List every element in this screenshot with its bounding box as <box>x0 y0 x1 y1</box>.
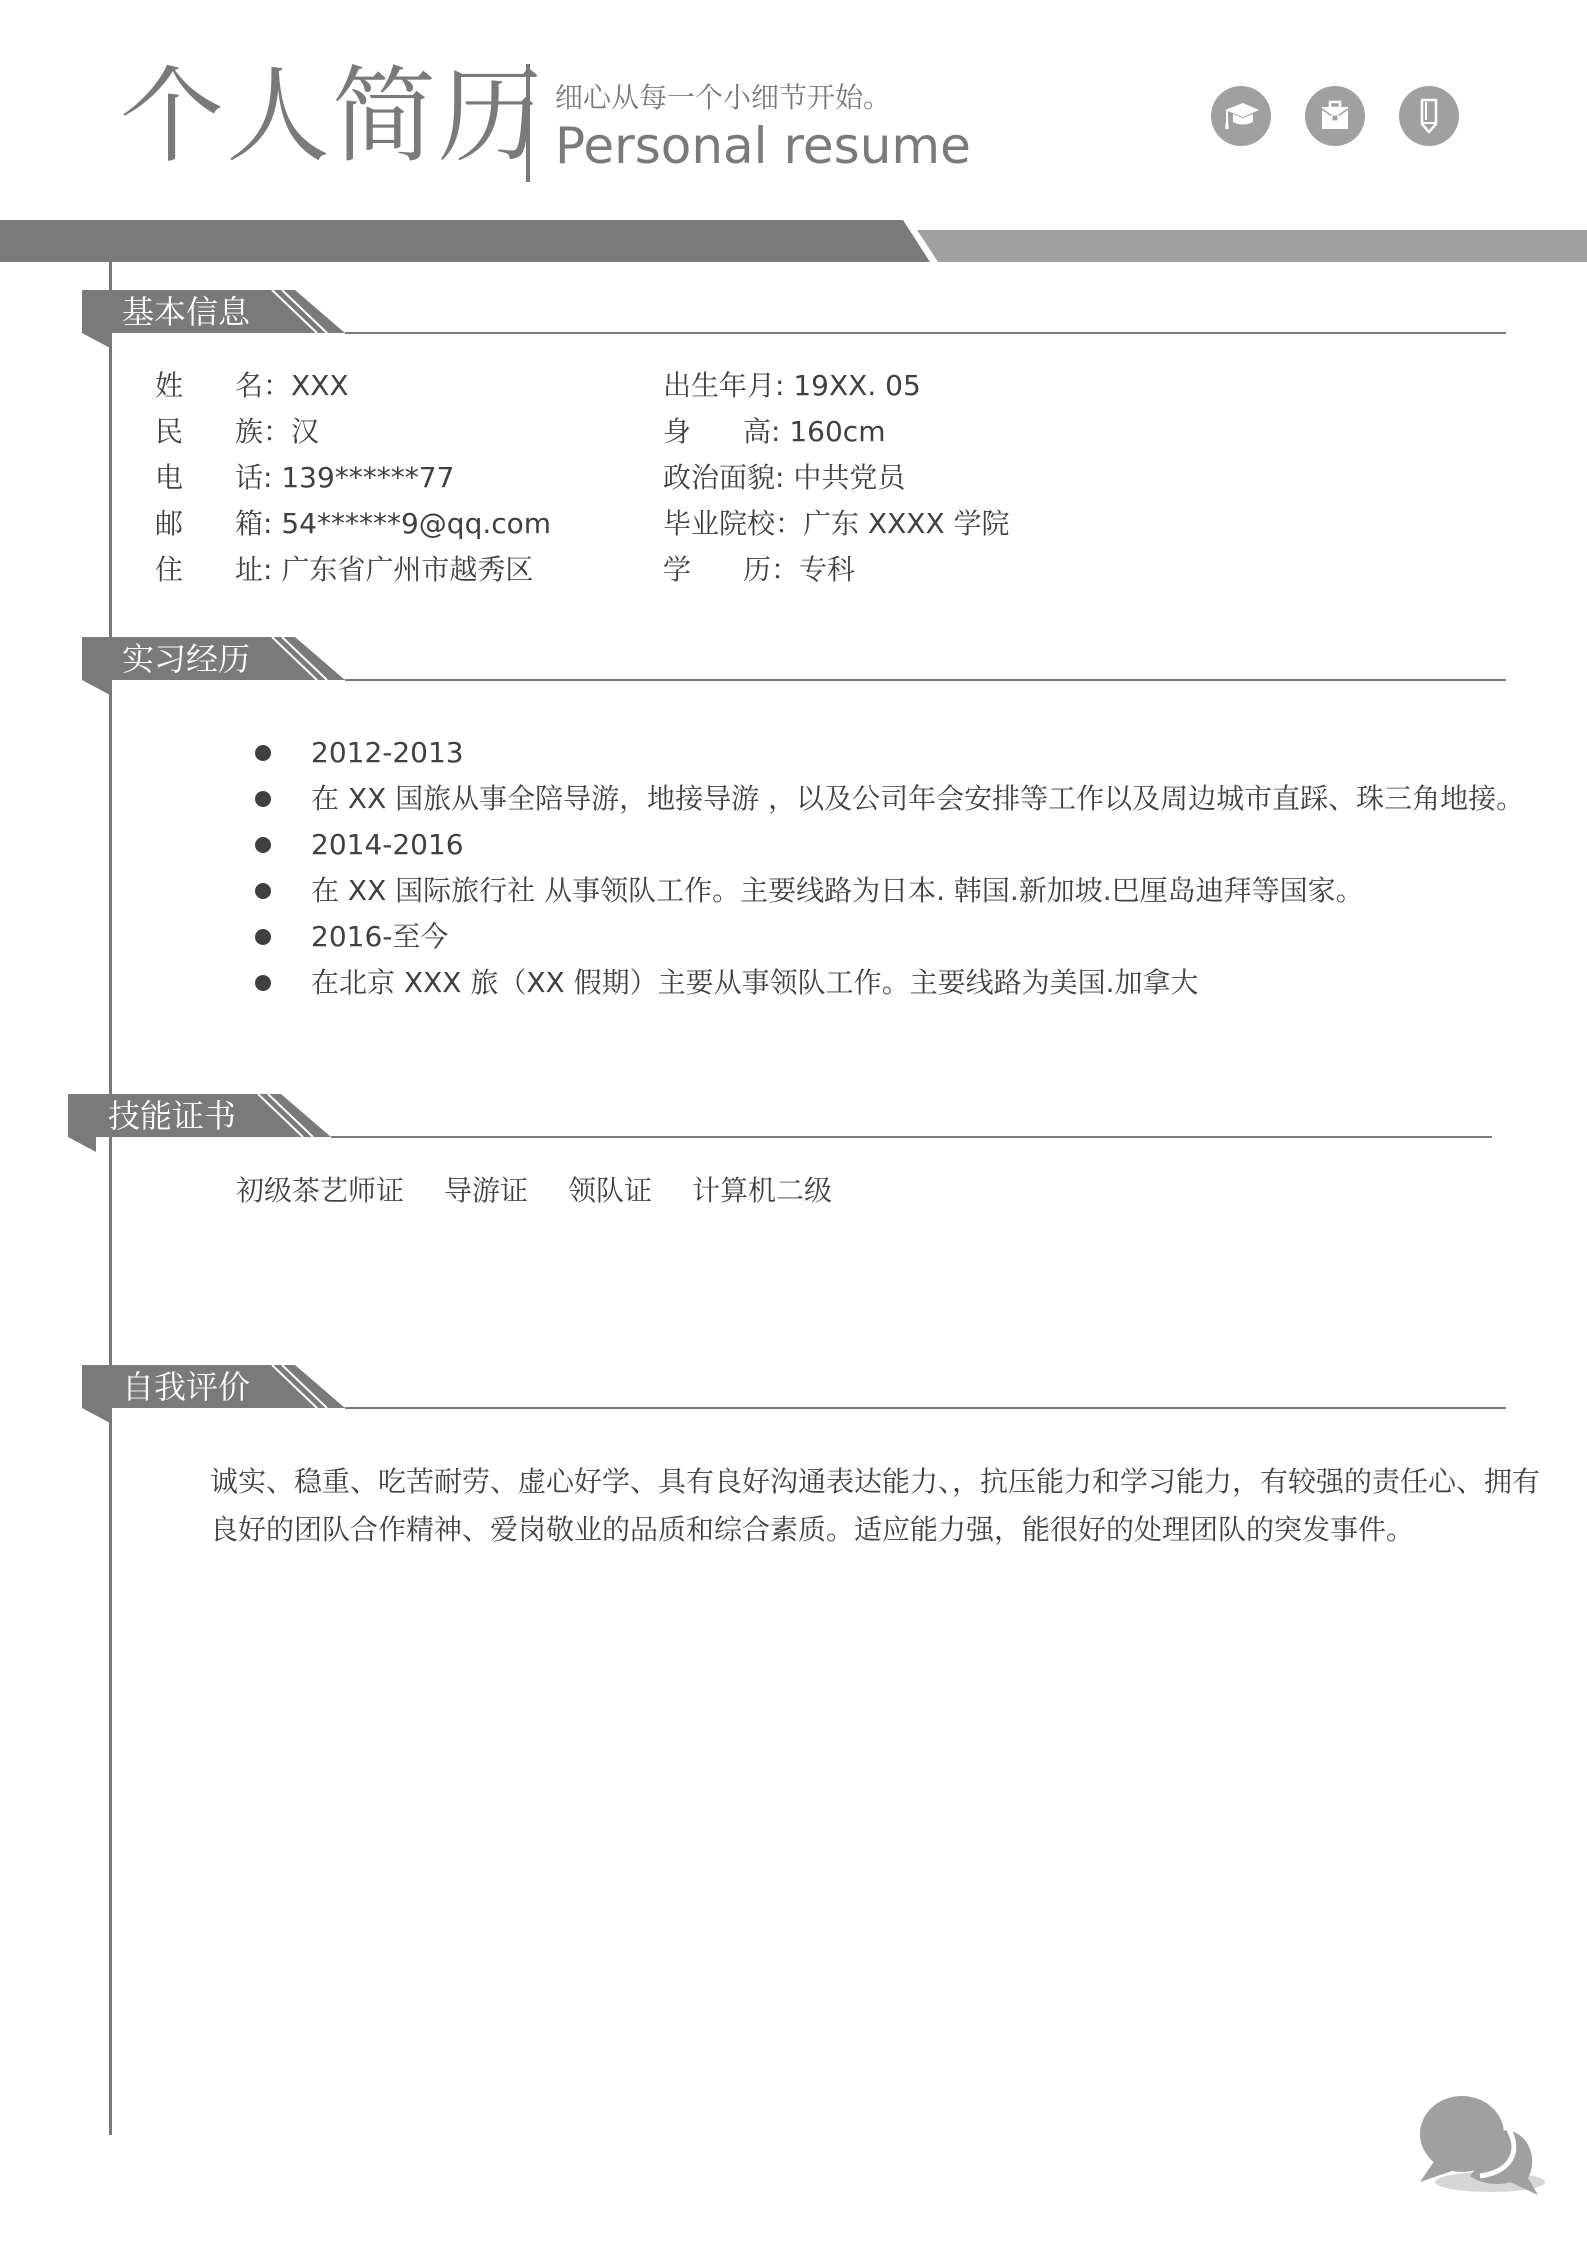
info-label: 姓 <box>155 363 235 409</box>
section-title: 基本信息 <box>122 292 250 332</box>
info-colon: : <box>263 507 272 540</box>
section-header-self-eval: 自我评价 <box>82 1365 1512 1425</box>
info-label: 政治面貌 <box>663 461 775 494</box>
info-label: 高 <box>743 415 771 448</box>
pencil-icon <box>1399 86 1459 146</box>
section-header-ribbon <box>82 637 1512 697</box>
info-label: 邮 <box>155 501 235 547</box>
bullet-icon <box>255 883 271 899</box>
section-header-experience: 实习经历 <box>82 637 1512 697</box>
section-header-ribbon <box>68 1094 1498 1154</box>
bullet-icon <box>255 791 271 807</box>
info-colon: : <box>775 369 784 402</box>
info-colon: ： <box>263 369 291 402</box>
experience-text: 在北京 XXX 旅（XX 假期）主要从事领队工作。主要线路为美国.加拿大 <box>311 960 1199 1006</box>
info-label: 住 <box>155 547 235 593</box>
skill-item: 初级茶艺师证 <box>236 1171 404 1211</box>
info-row-ethnicity: 民族：汉 <box>155 409 551 455</box>
title-divider <box>526 64 530 182</box>
experience-text: 2012-2013 <box>311 730 464 776</box>
graduation-cap-icon <box>1211 86 1271 146</box>
briefcase-icon <box>1305 86 1365 146</box>
bullet-icon <box>255 929 271 945</box>
page-title: 个人简历 <box>120 56 544 176</box>
basic-info-right-column: 出生年月: 19XX. 05 身高: 160cm 政治面貌: 中共党员 毕业院校… <box>663 363 1010 593</box>
info-row-name: 姓名：XXX <box>155 363 551 409</box>
info-label: 出生年月 <box>663 369 775 402</box>
info-label: 箱 <box>235 507 263 540</box>
header-band <box>0 220 1587 262</box>
experience-text: 2014-2016 <box>311 822 464 868</box>
self-eval-line: 诚实、稳重、吃苦耐劳、虚心好学、具有良好沟通表达能力、，抗压能力和学习能力，有较… <box>210 1458 1530 1506</box>
experience-text: 2016-至今 <box>311 914 448 960</box>
section-title: 自我评价 <box>122 1367 250 1407</box>
info-colon: : <box>263 461 272 494</box>
section-title: 技能证书 <box>108 1096 236 1136</box>
skills-list: 初级茶艺师证 导游证 领队证 计算机二级 <box>236 1171 832 1211</box>
list-item: 在北京 XXX 旅（XX 假期）主要从事领队工作。主要线路为美国.加拿大 <box>0 960 1587 1006</box>
skill-item: 领队证 <box>568 1171 652 1211</box>
info-value: XXX <box>291 369 349 402</box>
experience-text: 在 XX 国际旅行社 从事领队工作。主要线路为日本. 韩国.新加坡.巴厘岛迪拜等… <box>311 868 1364 914</box>
info-row-phone: 电话: 139******77 <box>155 455 551 501</box>
info-row-height: 身高: 160cm <box>663 409 1010 455</box>
subtitle-english: Personal resume <box>555 116 971 176</box>
info-value: 139******77 <box>281 461 454 494</box>
basic-info-left-column: 姓名：XXX 民族：汉 电话: 139******77 邮箱: 54******… <box>155 363 551 593</box>
info-row-education: 学历：专科 <box>663 547 1010 593</box>
info-label: 电 <box>155 455 235 501</box>
list-item: 2012-2013 <box>0 730 1587 776</box>
info-row-birth: 出生年月: 19XX. 05 <box>663 363 1010 409</box>
experience-text: 在 XX 国旅从事全陪导游，地接导游 ，以及公司年会安排等工作以及周边城市直踩、… <box>311 776 1524 822</box>
chat-bubbles-icon <box>1410 2090 1550 2210</box>
info-label: 民 <box>155 409 235 455</box>
info-value: 广东省广州市越秀区 <box>281 553 533 586</box>
list-item: 在 XX 国旅从事全陪导游，地接导游 ，以及公司年会安排等工作以及周边城市直踩、… <box>0 776 1587 822</box>
self-eval-line: 良好的团队合作精神、爱岗敬业的品质和综合素质。适应能力强，能很好的处理团队的突发… <box>210 1506 1530 1554</box>
section-title: 实习经历 <box>122 639 250 679</box>
bullet-icon <box>255 837 271 853</box>
info-label: 身 <box>663 409 743 455</box>
skill-item: 计算机二级 <box>692 1171 832 1211</box>
info-label: 毕业院校 <box>663 507 775 540</box>
skill-item: 导游证 <box>444 1171 528 1211</box>
section-header-ribbon <box>82 1365 1512 1425</box>
info-colon: ： <box>263 415 291 448</box>
info-colon: ： <box>771 553 799 586</box>
self-eval-text: 诚实、稳重、吃苦耐劳、虚心好学、具有良好沟通表达能力、，抗压能力和学习能力，有较… <box>210 1458 1530 1554</box>
section-header-basic-info: 基本信息 <box>82 290 1512 350</box>
info-row-political: 政治面貌: 中共党员 <box>663 455 1010 501</box>
info-colon: : <box>775 461 784 494</box>
info-label: 学 <box>663 547 743 593</box>
timeline-line <box>109 262 112 2135</box>
info-value: 广东 XXXX 学院 <box>803 507 1010 540</box>
info-label: 话 <box>235 461 263 494</box>
info-value: 54******9@qq.com <box>281 507 551 540</box>
list-item: 在 XX 国际旅行社 从事领队工作。主要线路为日本. 韩国.新加坡.巴厘岛迪拜等… <box>0 868 1587 914</box>
info-label: 历 <box>743 553 771 586</box>
info-row-school: 毕业院校：广东 XXXX 学院 <box>663 501 1010 547</box>
bullet-icon <box>255 975 271 991</box>
info-value: 专科 <box>799 553 855 586</box>
info-row-email: 邮箱: 54******9@qq.com <box>155 501 551 547</box>
info-value: 中共党员 <box>793 461 905 494</box>
info-label: 址 <box>235 553 263 586</box>
info-value: 19XX. 05 <box>793 369 920 402</box>
info-label: 族 <box>235 415 263 448</box>
info-value: 160cm <box>789 415 885 448</box>
info-colon: ： <box>775 507 803 540</box>
list-item: 2014-2016 <box>0 822 1587 868</box>
info-colon: : <box>263 553 272 586</box>
section-header-skills: 技能证书 <box>68 1094 1498 1154</box>
section-header-ribbon <box>82 290 1512 350</box>
info-colon: : <box>771 415 780 448</box>
bullet-icon <box>255 745 271 761</box>
info-row-address: 住址: 广东省广州市越秀区 <box>155 547 551 593</box>
info-label: 名 <box>235 369 263 402</box>
slogan: 细心从每一个小细节开始。 <box>555 80 891 116</box>
info-value: 汉 <box>291 415 319 448</box>
list-item: 2016-至今 <box>0 914 1587 960</box>
